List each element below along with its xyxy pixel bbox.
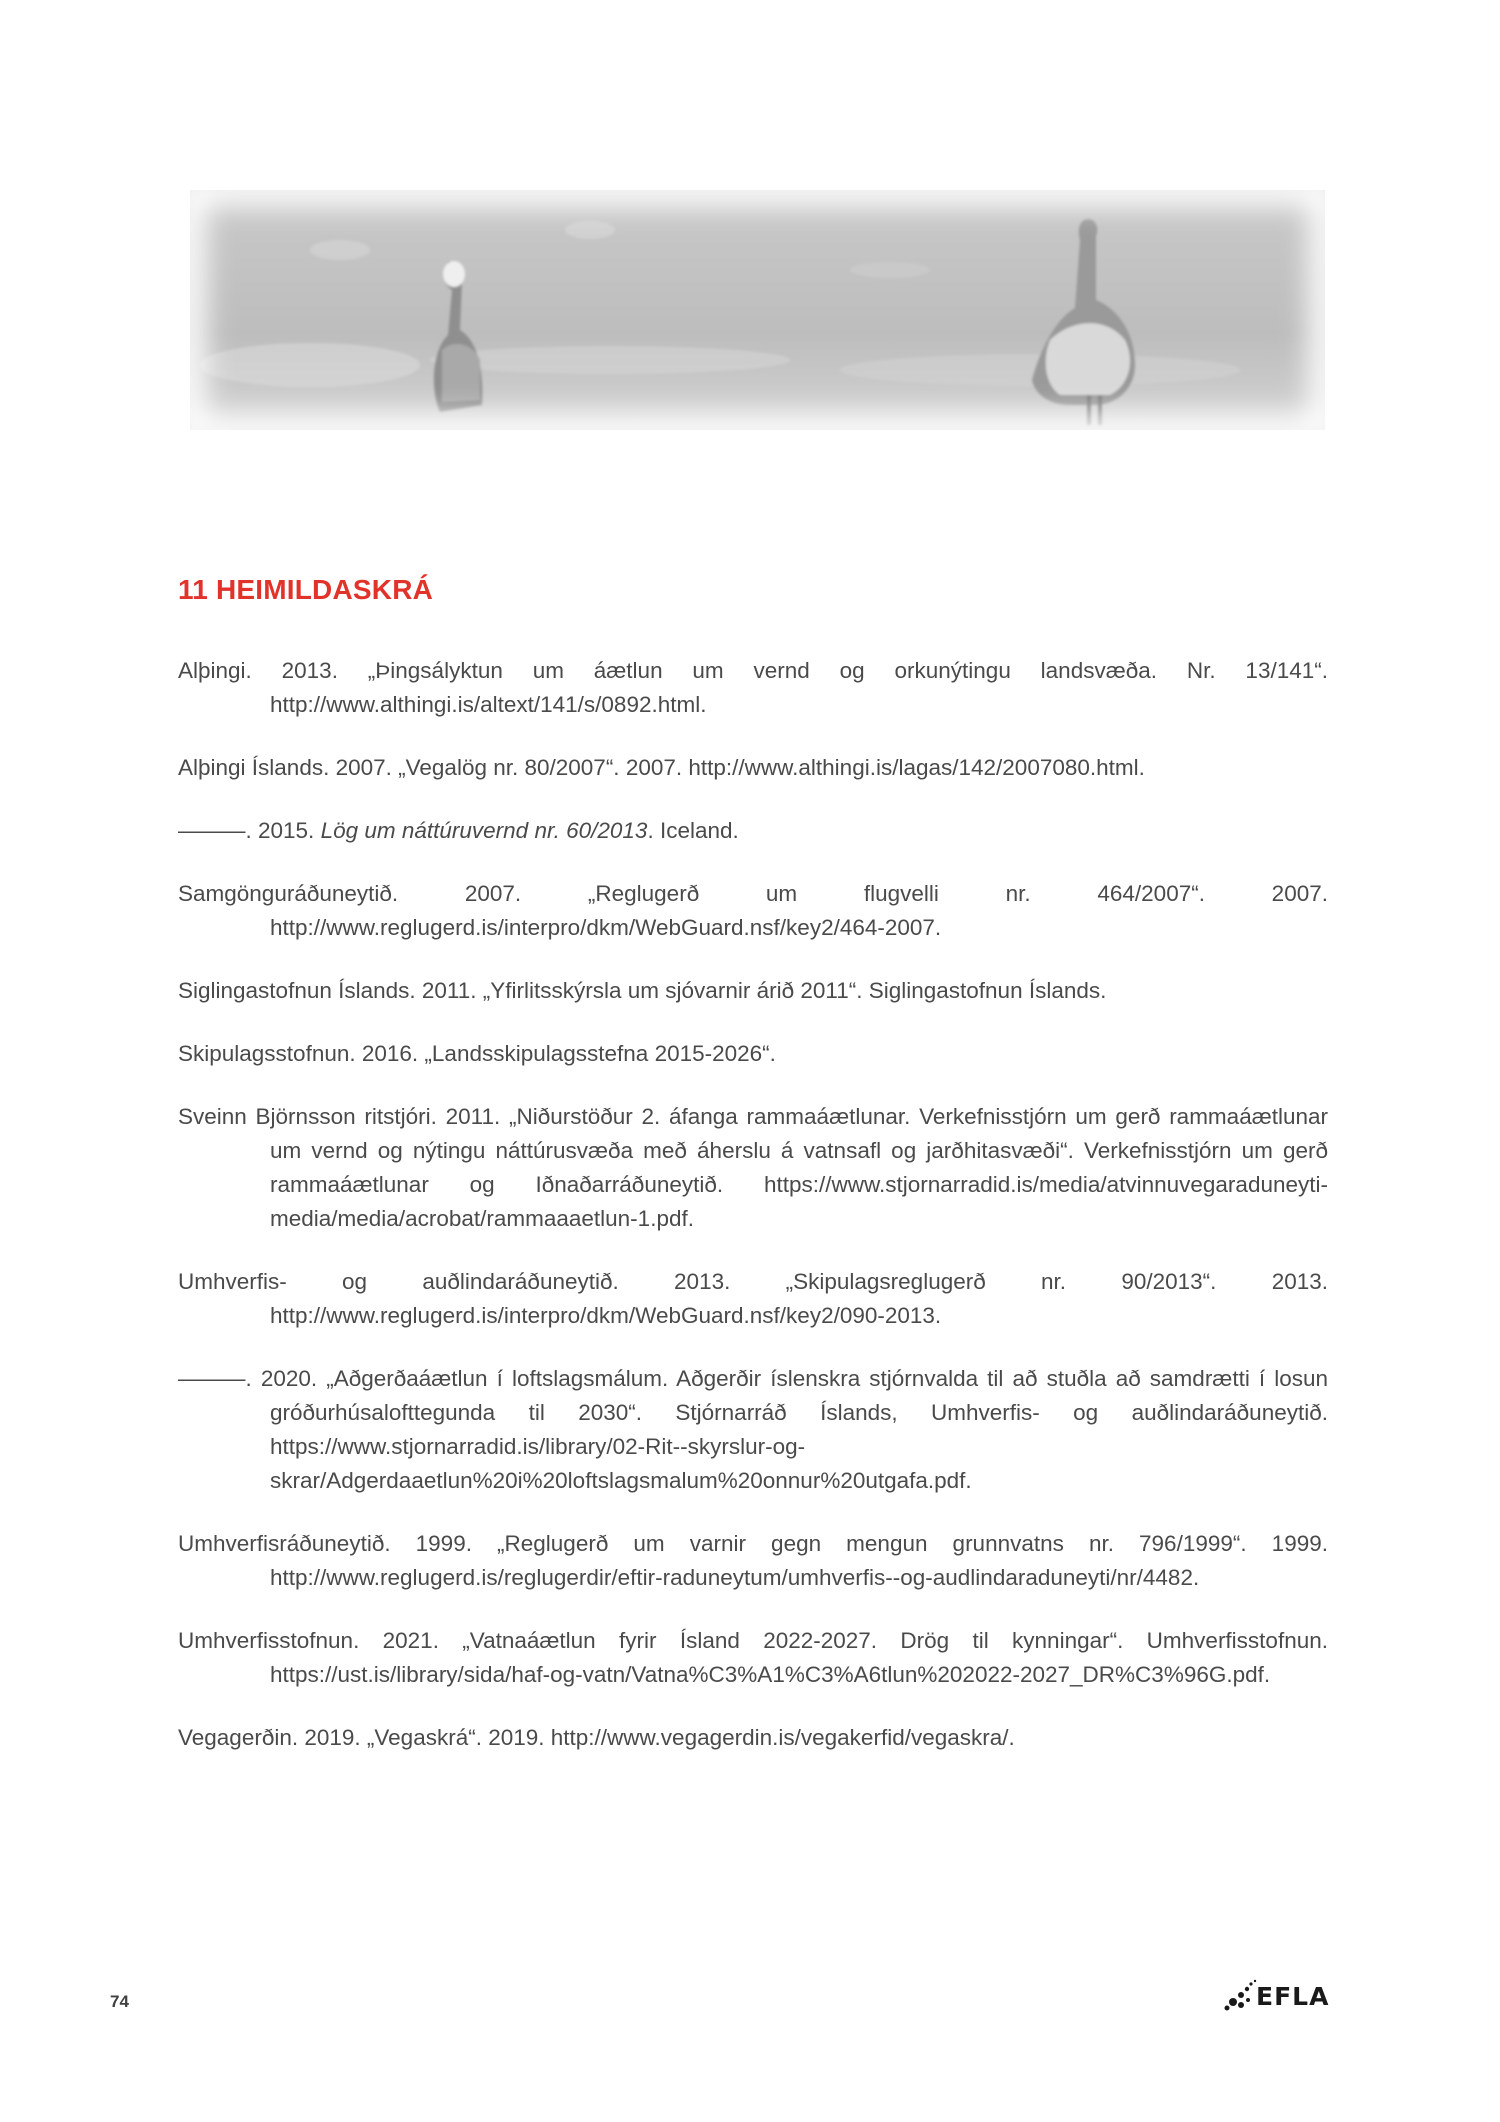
efla-logo: EFLA	[1222, 1978, 1337, 2014]
reference-item: Vegagerðin. 2019. „Vegaskrá“. 2019. http…	[178, 1721, 1328, 1755]
banner-photo-geese	[190, 190, 1325, 430]
efla-logo-text: EFLA	[1256, 1982, 1329, 2011]
reference-item: ———. 2015. Lög um náttúruvernd nr. 60/20…	[178, 814, 1328, 848]
reference-item: Alþingi. 2013. „Þingsályktun um áætlun u…	[178, 654, 1328, 722]
reference-prefix: ———. 2015.	[178, 818, 321, 843]
reference-item: ———. 2020. „Aðgerðaáætlun í loftslagsmál…	[178, 1362, 1328, 1498]
geese-illustration	[190, 190, 1325, 430]
reference-item: Siglingastofnun Íslands. 2011. „Yfirlits…	[178, 974, 1328, 1008]
reference-item: Umhverfisráðuneytið. 1999. „Reglugerð um…	[178, 1527, 1328, 1595]
reference-list: Alþingi. 2013. „Þingsályktun um áætlun u…	[178, 654, 1328, 1784]
reference-item: Samgönguráðuneytið. 2007. „Reglugerð um …	[178, 877, 1328, 945]
reference-title-italic: Lög um náttúruvernd nr. 60/2013	[321, 818, 648, 843]
reference-item: Alþingi Íslands. 2007. „Vegalög nr. 80/2…	[178, 751, 1328, 785]
section-heading: 11 HEIMILDASKRÁ	[178, 574, 433, 606]
reference-item: Umhverfisstofnun. 2021. „Vatnaáætlun fyr…	[178, 1624, 1328, 1692]
reference-item: Skipulagsstofnun. 2016. „Landsskipulagss…	[178, 1037, 1328, 1071]
efla-dots-icon	[1222, 1978, 1258, 2014]
page-number: 74	[110, 1992, 129, 2012]
reference-item: Sveinn Björnsson ritstjóri. 2011. „Niður…	[178, 1100, 1328, 1236]
reference-suffix: . Iceland.	[647, 818, 738, 843]
reference-item: Umhverfis- og auðlindaráðuneytið. 2013. …	[178, 1265, 1328, 1333]
